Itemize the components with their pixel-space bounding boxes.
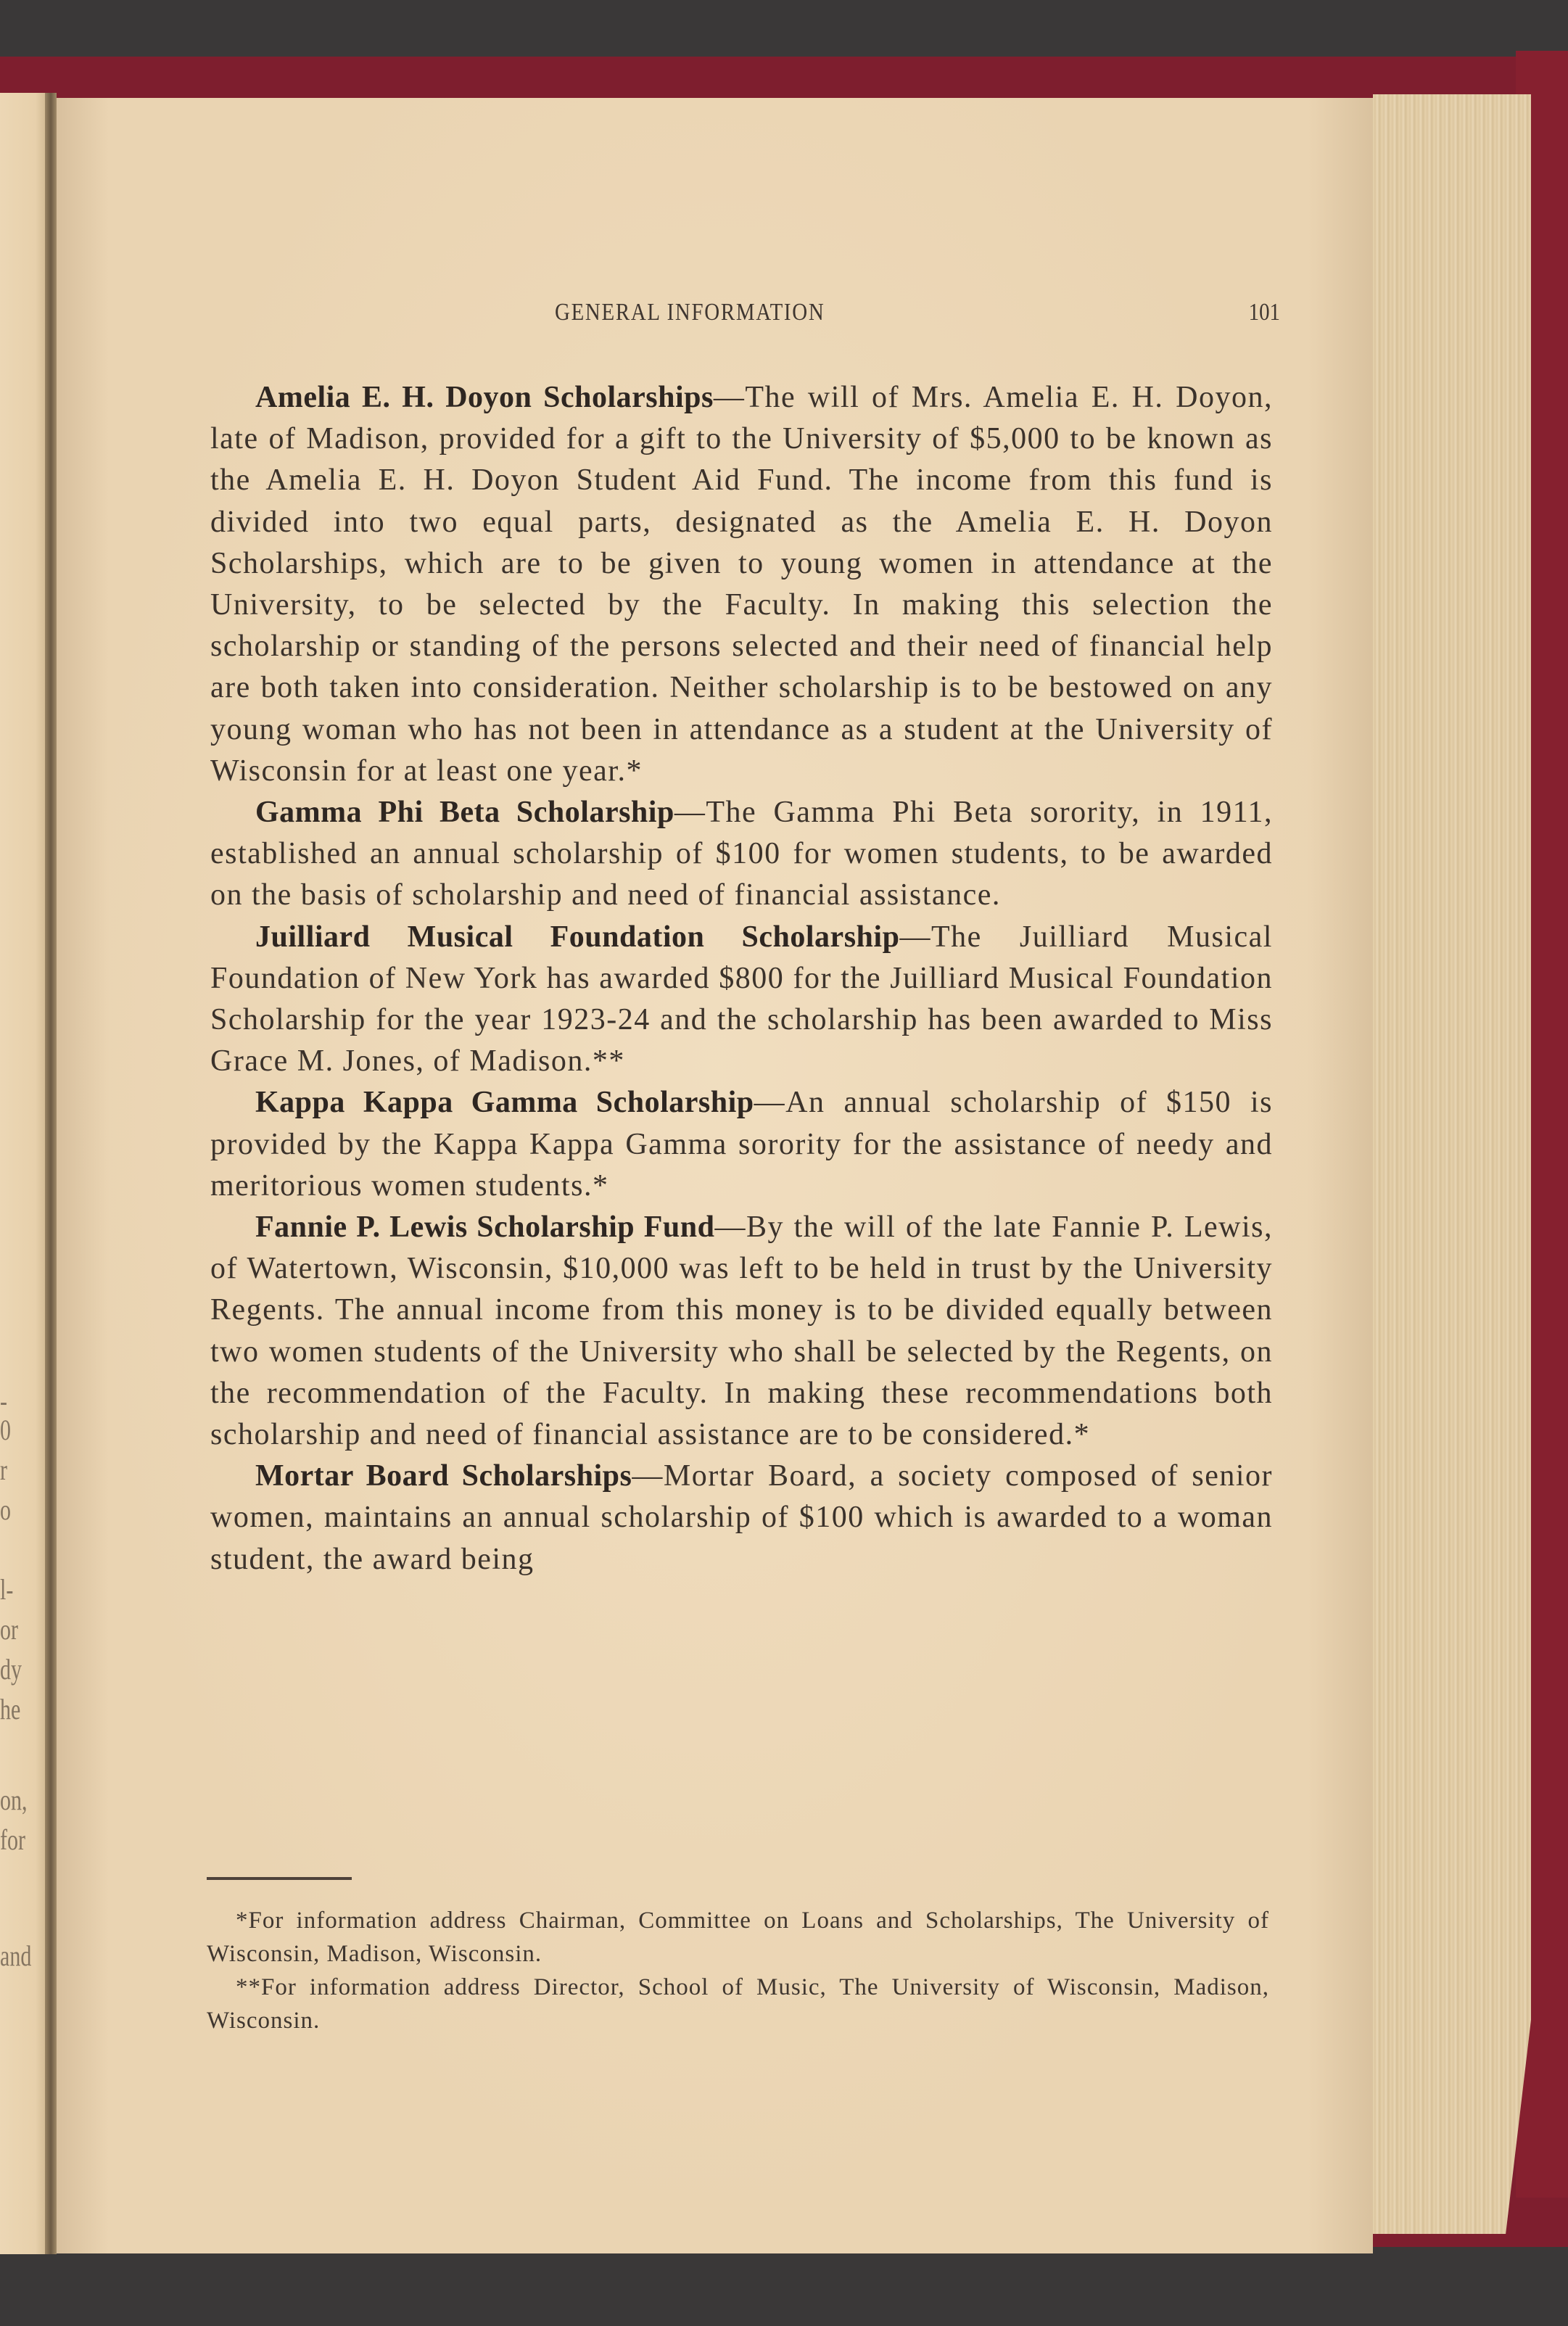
previous-page-fragment: r [0,1453,7,1487]
previous-page-fragment: o [0,1493,11,1527]
previous-page-fragment: dy [0,1652,22,1686]
entry-heading: Amelia E. H. Doyon Scholarships [255,381,714,414]
previous-page-fragment: or [0,1612,18,1646]
previous-page-fragment: on, [0,1783,28,1817]
entry-gamma-phi-beta: Gamma Phi Beta Scholarship—The Gamma Phi… [210,792,1273,917]
entry-heading: Kappa Kappa Gamma Scholarship [255,1086,754,1119]
entry-heading: Mortar Board Scholarships [255,1459,632,1493]
entry-heading: Fannie P. Lewis Scholarship Fund [255,1211,715,1244]
entry-kappa-kappa-gamma: Kappa Kappa Gamma Scholarship—An annual … [210,1082,1273,1207]
footnote-double-asterisk: **For information address Director, Scho… [207,1971,1269,2037]
page-block-edges [1373,94,1531,2234]
entry-doyon: Amelia E. H. Doyon Scholarships—The will… [210,377,1273,792]
running-head-title: GENERAL INFORMATION [555,299,825,326]
previous-page-fragment: he [0,1692,20,1726]
footnote-single-asterisk: *For information address Chairman, Commi… [207,1904,1269,1971]
entry-text: —The will of Mrs. Amelia E. H. Doyon, la… [210,381,1273,788]
entry-heading: Gamma Phi Beta Scholarship [255,796,674,829]
footnotes: *For information address Chairman, Commi… [207,1904,1269,2037]
entry-text: —By the will of the late Fannie P. Lewis… [210,1211,1273,1451]
footnote-rule [207,1877,352,1880]
entry-fannie-lewis: Fannie P. Lewis Scholarship Fund—By the … [210,1207,1273,1456]
running-head: GENERAL INFORMATION 101 [207,299,1280,335]
page-number: 101 [1249,299,1280,326]
entry-mortar-board: Mortar Board Scholarships—Mortar Board, … [210,1456,1273,1580]
body-text: Amelia E. H. Doyon Scholarships—The will… [210,377,1273,1580]
previous-page-fragment: and [0,1939,31,1973]
book-gutter [45,93,57,2254]
previous-page-edge: - 0 r o l- or dy he on, for and [0,93,51,2254]
previous-page-fragment: 0 [0,1413,11,1447]
previous-page-fragment: for [0,1823,25,1857]
entry-heading: Juilliard Musical Foundation Scholarship [255,920,899,954]
previous-page-fragment: l- [0,1572,13,1607]
entry-juilliard: Juilliard Musical Foundation Scholarship… [210,917,1273,1083]
